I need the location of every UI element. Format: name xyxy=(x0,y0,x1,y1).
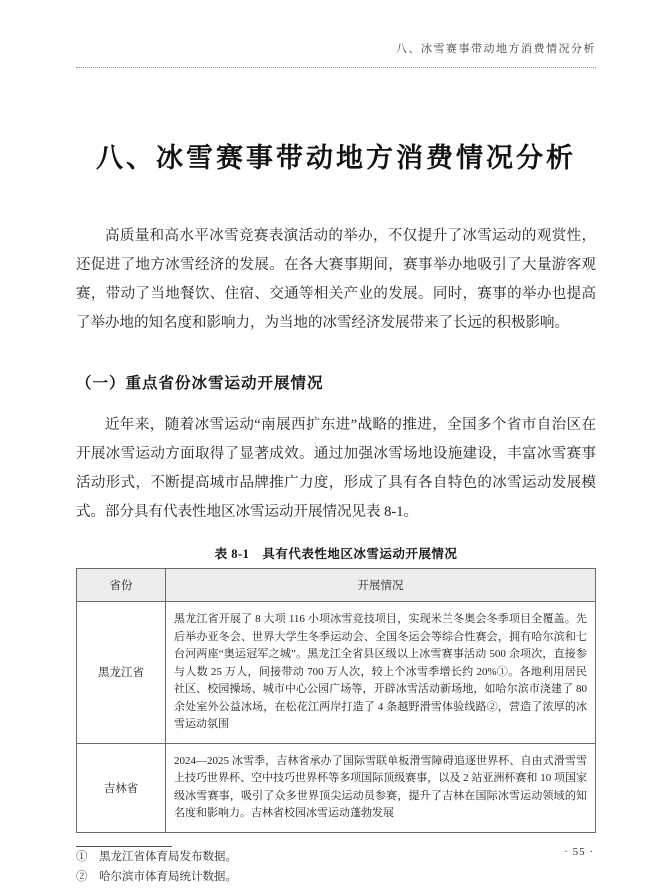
province-detail: 黑龙江省开展了 8 大项 116 小项冰雪竞技项目，实现米兰冬奥会冬季项目全覆盖… xyxy=(166,602,596,744)
province-name: 黑龙江省 xyxy=(77,602,166,744)
section-heading: （一）重点省份冰雪运动开展情况 xyxy=(76,371,596,393)
table-caption: 表 8-1 具有代表性地区冰雪运动开展情况 xyxy=(76,544,596,562)
header-divider xyxy=(76,67,596,68)
running-header: 八、冰雪赛事带动地方消费情况分析 xyxy=(76,40,596,56)
column-header-situation: 开展情况 xyxy=(166,569,596,602)
page-title: 八、冰雪赛事带动地方消费情况分析 xyxy=(76,136,596,175)
table-row-heilongjiang: 黑龙江省 黑龙江省开展了 8 大项 116 小项冰雪竞技项目，实现米兰冬奥会冬季… xyxy=(77,602,596,744)
section-paragraph: 近年来，随着冰雪运动“南展西扩东进”战略的推进，全国多个省市自治区在开展冰雪运动… xyxy=(76,411,596,527)
province-development-table: 省份 开展情况 黑龙江省 黑龙江省开展了 8 大项 116 小项冰雪竞技项目，实… xyxy=(76,568,596,833)
footnote-1: ① 黑龙江省体育局发布数据。 xyxy=(76,847,596,867)
document-page: 八、冰雪赛事带动地方消费情况分析 八、冰雪赛事带动地方消费情况分析 高质量和高水… xyxy=(0,0,660,896)
table-row-jilin: 吉林省 2024—2025 冰雪季，吉林省承办了国际雪联单板滑雪障碍追逐世界杯、… xyxy=(77,743,596,832)
province-name: 吉林省 xyxy=(77,743,166,832)
province-detail: 2024—2025 冰雪季，吉林省承办了国际雪联单板滑雪障碍追逐世界杯、自由式滑… xyxy=(166,743,596,832)
table-header-row: 省份 开展情况 xyxy=(77,569,596,602)
page-number: · 55 · xyxy=(564,846,594,858)
footnote-2: ② 哈尔滨市体育局统计数据。 xyxy=(76,867,596,887)
column-header-province: 省份 xyxy=(77,569,166,602)
intro-paragraph: 高质量和高水平冰雪竞赛表演活动的举办，不仅提升了冰雪运动的观赏性，还促进了地方冰… xyxy=(76,222,596,338)
